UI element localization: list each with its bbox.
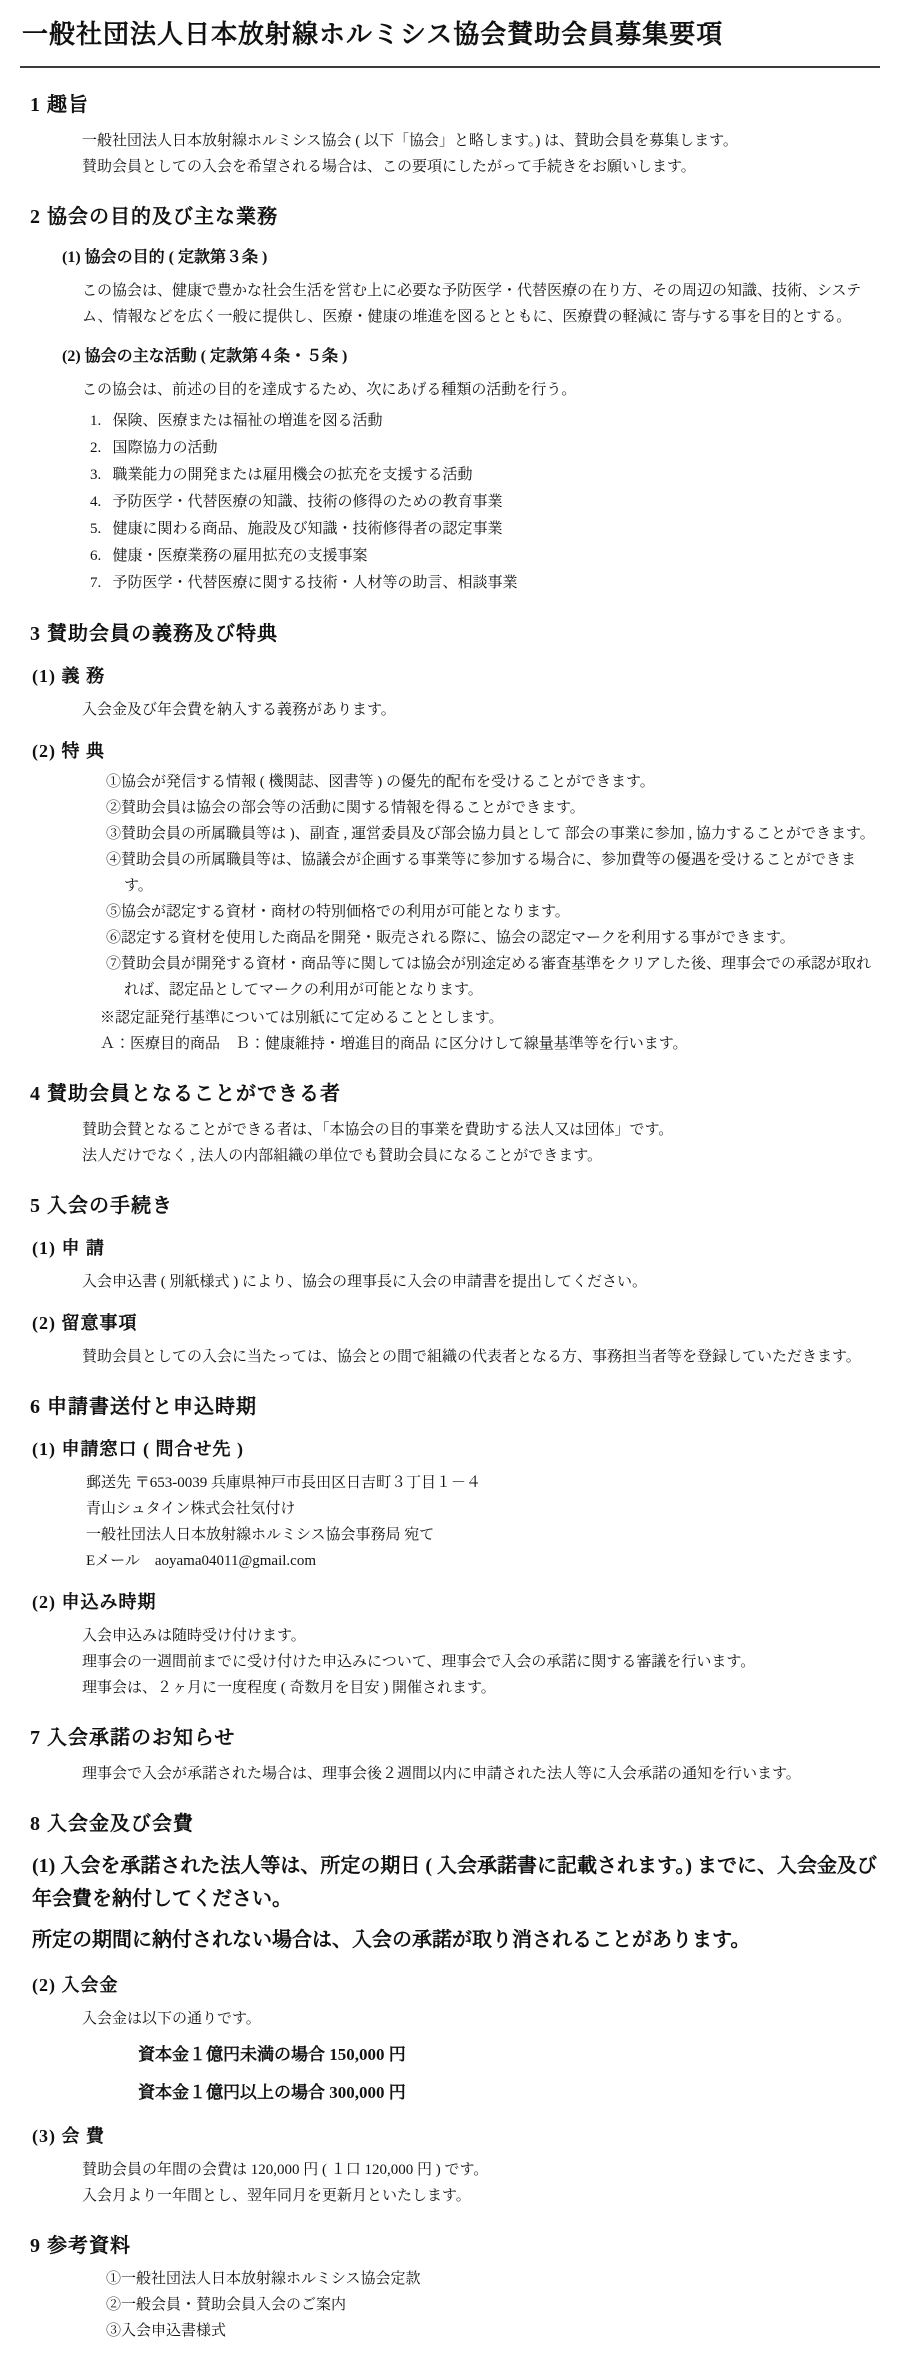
text-line: 理事会で入会が承諾された場合は、理事会後２週間以内に申請された法人等に入会承諾の…: [82, 1761, 880, 1787]
text-line: この協会は、前述の目的を達成するため、次にあげる種類の活動を行う。: [82, 377, 880, 403]
email-address: Eメール aoyama04011@gmail.com: [86, 1548, 880, 1574]
annual-fee-paragraph: 賛助会員の年間の会費は 120,000 円 ( １口 120,000 円 ) で…: [82, 2157, 880, 2209]
section-8-subheading-admission-fee: (2) 入会金: [32, 1973, 880, 1997]
section-2-activities-intro: この協会は、前述の目的を達成するため、次にあげる種類の活動を行う。: [82, 377, 880, 403]
document-page: 一般社団法人日本放射線ホルミシス協会賛助会員募集要項 1 趣旨 一般社団法人日本…: [0, 0, 900, 2344]
care-of-company: 青山シュタイン株式会社気付け: [86, 1496, 880, 1522]
section-3-duty-paragraph: 入会金及び年会費を納入する義務があります。: [82, 697, 880, 723]
list-item: 2. 国際協力の活動: [90, 435, 880, 462]
fee-over-100m: 資本金１億円以上の場合 300,000 円: [138, 2078, 880, 2108]
section-5-subheading-notes: (2) 留意事項: [32, 1311, 880, 1335]
list-item: 4. 予防医学・代替医療の知識、技術の修得のための教育事業: [90, 489, 880, 516]
list-item: ③賛助会員の所属職員等は )、副査 , 運営委員及び部会協力員として 部会の事業…: [106, 821, 880, 847]
section-7-heading: 7 入会承諾のお知らせ: [30, 1725, 880, 1752]
section-3-subheading-duty: (1) 義 務: [32, 664, 880, 688]
list-item: ④賛助会員の所属職員等は、協議会が企画する事業等に参加する場合に、参加費等の優遇…: [106, 847, 880, 899]
section-5-heading: 5 入会の手続き: [30, 1193, 880, 1220]
section-3-heading: 3 賛助会員の義務及び特典: [30, 621, 880, 648]
list-item: 3. 職業能力の開発または雇用機会の拡充を支援する活動: [90, 462, 880, 489]
list-item: ①一般社団法人日本放射線ホルミシス協会定款: [106, 2266, 880, 2292]
text-line: 賛助会員としての入会を希望される場合は、この要項にしたがって手続きをお願いします…: [82, 154, 880, 180]
text-line: 所定の期間に納付されない場合は、入会の承諾が取り消されることがあります。: [32, 1924, 880, 1957]
section-1-paragraph: 一般社団法人日本放射線ホルミシス協会 ( 以下「協会」と略します。) は、賛助会…: [82, 128, 880, 180]
text-line: 法人だけでなく , 法人の内部組織の単位でも賛助会員になることができます。: [82, 1143, 880, 1169]
list-item: ⑤協会が認定する資材・商材の特別価格での利用が可能となります。: [106, 899, 880, 925]
certification-notes: ※認定証発行基準については別紙にて定めることとします。 Ａ：医療目的商品 Ｂ：健…: [100, 1005, 880, 1057]
list-item: 5. 健康に関わる商品、施設及び知識・技術修得者の認定事業: [90, 516, 880, 543]
fee-under-100m: 資本金１億円未満の場合 150,000 円: [138, 2040, 880, 2070]
reference-list: ①一般社団法人日本放射線ホルミシス協会定款 ②一般会員・賛助会員入会のご案内 ③…: [106, 2266, 880, 2344]
note-line: Ａ：医療目的商品 Ｂ：健康維持・増進目的商品 に区分けして線量基準等を行います。: [100, 1031, 880, 1057]
list-item: 7. 予防医学・代替医療に関する技術・人材等の助言、相談事業: [90, 570, 880, 597]
section-6-heading: 6 申請書送付と申込時期: [30, 1394, 880, 1421]
section-5-subheading-application: (1) 申 請: [32, 1236, 880, 1260]
text-line: 賛助会賛となることができる者は、「本協会の目的事業を費助する法人又は団体」です。: [82, 1117, 880, 1143]
addressee: 一般社団法人日本放射線ホルミシス協会事務局 宛て: [86, 1522, 880, 1548]
list-item: ②賛助会員は協会の部会等の活動に関する情報を得ることができます。: [106, 795, 880, 821]
payment-deadline-paragraph: (1) 入会を承諾された法人等は、所定の期日 ( 入会承諾書に記載されます。) …: [32, 1850, 880, 1916]
text-line: 入会申込みは随時受け付けます。: [82, 1623, 880, 1649]
list-item: ①協会が発信する情報 ( 機関誌、図書等 ) の優先的配布を受けることができます…: [106, 769, 880, 795]
section-8-heading: 8 入会金及び会費: [30, 1811, 880, 1838]
text-line: 一般社団法人日本放射線ホルミシス協会 ( 以下「協会」と略します。) は、賛助会…: [82, 128, 880, 154]
section-3-subheading-benefits: (2) 特 典: [32, 739, 880, 763]
text-line: 理事会の一週間前までに受け付けた申込みについて、理事会で入会の承諾に関する審議を…: [82, 1649, 880, 1675]
section-8-subheading-annual-fee: (3) 会 費: [32, 2124, 880, 2148]
section-5-notes-paragraph: 賛助会員としての入会に当たっては、協会との間で組織の代表者となる方、事務担当者等…: [82, 1344, 880, 1370]
section-2-purpose-paragraph: この協会は、健康で豊かな社会生活を営む上に必要な予防医学・代替医療の在り方、その…: [82, 278, 880, 330]
list-item: 1. 保険、医療または福祉の増進を図る活動: [90, 408, 880, 435]
section-2-heading: 2 協会の目的及び主な業務: [30, 204, 880, 231]
page-title: 一般社団法人日本放射線ホルミシス協会賛助会員募集要項: [20, 10, 880, 68]
section-6-subheading-period: (2) 申込み時期: [32, 1590, 880, 1614]
section-4-paragraph: 賛助会賛となることができる者は、「本協会の目的事業を費助する法人又は団体」です。…: [82, 1117, 880, 1169]
text-line: 賛助会員の年間の会費は 120,000 円 ( １口 120,000 円 ) で…: [82, 2157, 880, 2183]
text-line: 入会金は以下の通りです。: [82, 2006, 880, 2032]
text-line: 理事会は、２ヶ月に一度程度 ( 奇数月を目安 ) 開催されます。: [82, 1675, 880, 1701]
section-6-period-paragraph: 入会申込みは随時受け付けます。 理事会の一週間前までに受け付けた申込みについて、…: [82, 1623, 880, 1701]
text-line: 入会金及び年会費を納入する義務があります。: [82, 697, 880, 723]
contact-address-block: 郵送先 〒653-0039 兵庫県神戸市長田区日吉町３丁目１－４ 青山シュタイン…: [86, 1470, 880, 1574]
list-item: ③入会申込書様式: [106, 2318, 880, 2344]
mailing-address: 郵送先 〒653-0039 兵庫県神戸市長田区日吉町３丁目１－４: [86, 1470, 880, 1496]
section-4-heading: 4 賛助会員となることができる者: [30, 1081, 880, 1108]
payment-cancellation-paragraph: 所定の期間に納付されない場合は、入会の承諾が取り消されることがあります。: [32, 1924, 880, 1957]
section-1-heading: 1 趣旨: [30, 92, 880, 119]
section-9-heading: 9 参考資料: [30, 2233, 880, 2260]
section-5-application-paragraph: 入会申込書 ( 別紙様式 ) により、協会の理事長に入会の申請書を提出してくださ…: [82, 1269, 880, 1295]
list-item: 6. 健康・医療業務の雇用拡充の支援事案: [90, 543, 880, 570]
section-6-subheading-contact: (1) 申請窓口 ( 問合せ先 ): [32, 1437, 880, 1461]
admission-fee-intro: 入会金は以下の通りです。: [82, 2006, 880, 2032]
text-line: 入会月より一年間とし、翌年同月を更新月といたします。: [82, 2183, 880, 2209]
activities-list: 1. 保険、医療または福祉の増進を図る活動 2. 国際協力の活動 3. 職業能力…: [90, 408, 880, 597]
section-2-subheading-2: (2) 協会の主な活動 ( 定款第４条・５条 ): [62, 346, 880, 368]
list-item: ⑦賛助会員が開発する資材・商品等に関しては協会が別途定める審査基準をクリアした後…: [106, 951, 880, 1003]
text-line: 入会申込書 ( 別紙様式 ) により、協会の理事長に入会の申請書を提出してくださ…: [82, 1269, 880, 1295]
section-2-subheading-1: (1) 協会の目的 ( 定款第３条 ): [62, 247, 880, 269]
text-line: 賛助会員としての入会に当たっては、協会との間で組織の代表者となる方、事務担当者等…: [82, 1344, 880, 1370]
section-7-paragraph: 理事会で入会が承諾された場合は、理事会後２週間以内に申請された法人等に入会承諾の…: [82, 1761, 880, 1787]
text-line: (1) 入会を承諾された法人等は、所定の期日 ( 入会承諾書に記載されます。) …: [32, 1850, 880, 1916]
list-item: ②一般会員・賛助会員入会のご案内: [106, 2292, 880, 2318]
list-item: ⑥認定する資材を使用した商品を開発・販売される際に、協会の認定マークを利用する事…: [106, 925, 880, 951]
benefits-list: ①協会が発信する情報 ( 機関誌、図書等 ) の優先的配布を受けることができます…: [106, 769, 880, 1003]
text-line: この協会は、健康で豊かな社会生活を営む上に必要な予防医学・代替医療の在り方、その…: [82, 278, 880, 330]
note-line: ※認定証発行基準については別紙にて定めることとします。: [100, 1005, 880, 1031]
